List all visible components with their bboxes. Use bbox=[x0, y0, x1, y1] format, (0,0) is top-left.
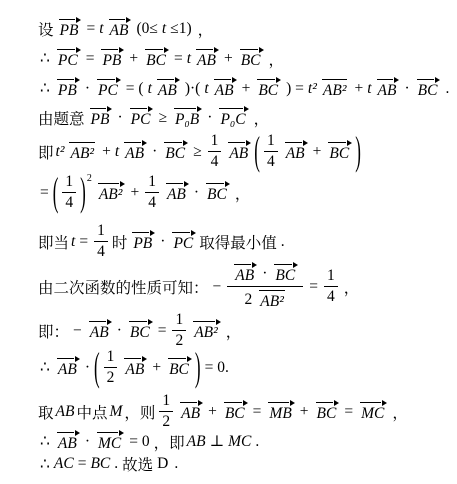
math-italic: BC bbox=[90, 455, 110, 473]
roman-text: = bbox=[174, 50, 183, 68]
vector-term: BC bbox=[238, 47, 264, 70]
fraction-numerator: 1 bbox=[159, 392, 173, 412]
roman-text: + bbox=[152, 359, 161, 377]
overline-term: AB² bbox=[257, 288, 287, 311]
right-paren: ) bbox=[355, 128, 361, 175]
roman-text: ⊥ bbox=[210, 432, 225, 451]
roman-text: (0≤ bbox=[136, 20, 157, 38]
vector-term: AB bbox=[194, 47, 219, 70]
roman-text: . bbox=[255, 433, 259, 451]
vector-term: BC bbox=[204, 181, 230, 204]
roman-text: = bbox=[86, 20, 95, 38]
roman-text: . bbox=[445, 80, 449, 98]
math-italic: M bbox=[109, 403, 122, 421]
fraction-denominator: 4 bbox=[208, 152, 222, 171]
roman-text: ， bbox=[235, 182, 251, 204]
math-italic: AB bbox=[56, 403, 75, 421]
vector-term: AB² bbox=[191, 319, 221, 342]
fraction-denominator: 2 bbox=[159, 412, 173, 431]
vector-term: PB bbox=[55, 77, 80, 100]
chinese-text: 设 bbox=[38, 18, 54, 40]
vector-term: AB bbox=[226, 140, 251, 163]
math-italic: t bbox=[99, 20, 103, 38]
vector-term: AB bbox=[283, 140, 308, 163]
formula-line-10: ∴AB·(12AB+BC)= 0. bbox=[37, 348, 232, 387]
chinese-text: 取得最小值 bbox=[199, 231, 277, 253]
roman-text: ∴ bbox=[40, 432, 50, 451]
vector-term: BC bbox=[143, 47, 169, 70]
fraction: 14 bbox=[94, 222, 108, 261]
roman-text: + bbox=[354, 80, 363, 98]
fraction-denominator: 2 bbox=[104, 368, 118, 387]
roman-text: · bbox=[152, 143, 157, 161]
fraction-denominator: 4 bbox=[324, 287, 338, 306]
roman-text: ≤1) bbox=[170, 20, 191, 38]
vector-term: BC bbox=[415, 77, 441, 100]
vector-term: AB bbox=[375, 77, 400, 100]
roman-text: ， bbox=[198, 18, 214, 40]
vector-term: P₀B bbox=[172, 106, 202, 129]
fraction: 14 bbox=[324, 267, 338, 306]
vector-term: AB bbox=[122, 140, 147, 163]
chinese-text: 即 bbox=[38, 141, 54, 163]
roman-text: + bbox=[102, 143, 111, 161]
formula-line-2: ∴PC=PB+BC=tAB+BC， bbox=[37, 47, 287, 70]
vector-term: PB bbox=[88, 106, 113, 129]
fraction-numerator: 1 bbox=[104, 348, 118, 368]
vector-term: BC bbox=[127, 319, 153, 342]
fraction-numerator: 1 bbox=[208, 132, 222, 152]
math-italic: t bbox=[115, 143, 119, 161]
vector-term: BC bbox=[326, 140, 352, 163]
roman-text: ∴ bbox=[40, 455, 50, 474]
vector-term: PB bbox=[99, 47, 124, 70]
fraction-numerator: 1 bbox=[62, 173, 76, 193]
vector-term: BC bbox=[255, 77, 281, 100]
left-paren: ( bbox=[254, 128, 260, 175]
vector-term: AB bbox=[232, 262, 257, 285]
roman-text: ∴ bbox=[40, 358, 50, 377]
vector-term: MB bbox=[266, 400, 294, 423]
roman-text: ， bbox=[392, 401, 408, 423]
math-italic: t bbox=[187, 50, 191, 68]
math-italic: t² bbox=[308, 80, 317, 98]
fraction-denominator: 4 bbox=[264, 152, 278, 171]
fraction-numerator: 1 bbox=[145, 173, 159, 193]
roman-text: · bbox=[85, 80, 90, 98]
roman-text: ∴ bbox=[40, 49, 50, 68]
roman-text: = ( bbox=[126, 80, 144, 98]
roman-text: ， bbox=[269, 48, 285, 70]
roman-text: ， bbox=[344, 276, 360, 298]
formula-line-11: 取AB中点M，则12AB+BC=MB+BC=MC， bbox=[37, 392, 411, 431]
chinese-text: 取 bbox=[38, 401, 54, 423]
roman-text: + bbox=[129, 50, 138, 68]
vector-term: BC bbox=[272, 262, 298, 285]
math-italic: t bbox=[71, 233, 75, 251]
roman-text: · bbox=[85, 433, 90, 451]
fraction: 12 bbox=[159, 392, 173, 431]
fraction-numerator: 1 bbox=[264, 132, 278, 152]
formula-line-12: ∴AB·MC= 0，即AB⊥MC. bbox=[37, 430, 262, 453]
roman-text: + bbox=[224, 50, 233, 68]
roman-text: · bbox=[160, 233, 165, 251]
vector-term: BC bbox=[166, 356, 192, 379]
roman-text: . bbox=[114, 455, 118, 473]
left-paren: ( bbox=[94, 344, 100, 391]
formula-line-13: ∴AC=BC.故选D. bbox=[37, 453, 181, 475]
roman-text: = bbox=[86, 50, 95, 68]
fraction: 12 bbox=[104, 348, 118, 387]
vector-term: PC bbox=[128, 106, 154, 129]
roman-text: + bbox=[130, 184, 139, 202]
vector-term: AB bbox=[212, 77, 237, 100]
roman-text: . bbox=[174, 455, 178, 473]
formula-line-8: 由二次函数的性质可知：−AB·BC2AB²=14， bbox=[37, 262, 362, 311]
fraction-denominator: 4 bbox=[145, 193, 159, 212]
vector-term: PC bbox=[95, 77, 121, 100]
roman-text: = 0. bbox=[205, 359, 229, 377]
chinese-text: 中点 bbox=[76, 401, 107, 423]
fraction: 14 bbox=[264, 132, 278, 171]
vector-term: PC bbox=[55, 47, 81, 70]
roman-text: ≥ bbox=[158, 109, 167, 127]
fraction-denominator: 4 bbox=[62, 193, 76, 212]
vector-term: AB bbox=[107, 17, 132, 40]
roman-text: ) = bbox=[286, 80, 304, 98]
roman-text: = bbox=[309, 278, 318, 296]
fraction-numerator: 1 bbox=[172, 311, 186, 331]
roman-text: · bbox=[117, 109, 122, 127]
roman-text: )·( bbox=[185, 80, 201, 98]
roman-text: ， bbox=[226, 320, 242, 342]
roman-text: ∴ bbox=[40, 79, 50, 98]
overline-term: AB² bbox=[67, 140, 97, 163]
vector-term: AB bbox=[122, 356, 147, 379]
roman-text: + bbox=[300, 403, 309, 421]
vector-term: AB² bbox=[96, 181, 126, 204]
roman-text: = bbox=[253, 403, 262, 421]
vector-term: AB bbox=[178, 400, 203, 423]
math-italic: AC bbox=[54, 455, 74, 473]
vector-term: PC bbox=[170, 230, 196, 253]
roman-text: · bbox=[194, 184, 199, 202]
chinese-text: 由二次函数的性质可知： bbox=[38, 276, 209, 298]
vector-term: AB bbox=[164, 181, 189, 204]
math-solution-document: 设PB=tAB(0≤t≤1)， ∴PC=PB+BC=tAB+BC， ∴PB·PC… bbox=[0, 0, 457, 484]
vector-term: MC bbox=[358, 400, 387, 423]
fraction: AB·BC2AB² bbox=[227, 262, 303, 311]
chinese-text: ，则 bbox=[124, 401, 155, 423]
roman-text: · bbox=[117, 322, 122, 340]
roman-text: + bbox=[208, 403, 217, 421]
roman-text: . bbox=[281, 233, 285, 251]
roman-text: ， bbox=[254, 107, 270, 129]
roman-text: ≥ bbox=[193, 143, 202, 161]
formula-line-9: 即：−AB·BC=12AB²， bbox=[37, 311, 244, 350]
superscript: 2 bbox=[87, 173, 92, 184]
chinese-text: 故选 bbox=[122, 453, 153, 475]
formula-line-3: ∴PB·PC= (tAB)·(tAB+BC) =t²AB²+tAB·BC. bbox=[37, 77, 452, 100]
roman-text: = bbox=[344, 403, 353, 421]
fraction: 14 bbox=[208, 132, 222, 171]
fraction: 12 bbox=[172, 311, 186, 350]
roman-text: · bbox=[404, 80, 409, 98]
formula-line-6: =(14)2AB²+14AB·BC， bbox=[37, 173, 253, 212]
fraction: 14 bbox=[62, 173, 76, 212]
roman-text: D bbox=[157, 455, 168, 473]
fraction: 14 bbox=[145, 173, 159, 212]
roman-text: = bbox=[78, 455, 87, 473]
roman-text: = bbox=[158, 322, 167, 340]
overline-term: AB² bbox=[320, 77, 350, 100]
math-italic: t bbox=[162, 20, 166, 38]
roman-text: · bbox=[207, 109, 212, 127]
roman-text: − bbox=[213, 278, 222, 296]
roman-text: + bbox=[242, 80, 251, 98]
chinese-text: 即当 bbox=[38, 231, 69, 253]
formula-line-5: 即t²AB²+tAB·BC≥14AB(14AB+BC) bbox=[37, 132, 362, 171]
vector-term: PB bbox=[130, 230, 155, 253]
vector-term: P₀C bbox=[217, 106, 248, 129]
roman-text: + bbox=[313, 143, 322, 161]
vector-term: AB bbox=[55, 430, 80, 453]
math-italic: t bbox=[204, 80, 208, 98]
fraction-numerator: 1 bbox=[324, 267, 338, 287]
right-paren: ) bbox=[80, 169, 86, 216]
vector-term: BC bbox=[162, 140, 188, 163]
vector-term: BC bbox=[314, 400, 340, 423]
formula-line-4: 由题意PB·PC≥P₀B·P₀C， bbox=[37, 106, 272, 129]
fraction-numerator: 1 bbox=[94, 222, 108, 242]
vector-term: BC bbox=[222, 400, 248, 423]
roman-text: 2 bbox=[245, 291, 253, 309]
roman-text: · bbox=[262, 265, 267, 283]
left-paren: ( bbox=[53, 169, 59, 216]
vector-term: AB bbox=[55, 356, 80, 379]
roman-text: = 0 bbox=[129, 433, 149, 451]
chinese-text: ，即 bbox=[154, 431, 185, 453]
vector-term: MC bbox=[95, 430, 124, 453]
vector-term: AB bbox=[87, 319, 112, 342]
fraction-denominator: 4 bbox=[94, 242, 108, 261]
roman-text: = bbox=[79, 233, 88, 251]
roman-text: − bbox=[73, 322, 82, 340]
roman-text: = bbox=[40, 184, 49, 202]
formula-line-7: 即当t=14时PB·PC取得最小值. bbox=[37, 222, 288, 261]
fraction-numerator: AB·BC bbox=[227, 262, 303, 287]
math-italic: MC bbox=[228, 433, 251, 451]
chinese-text: 即： bbox=[38, 320, 69, 342]
formula-line-1: 设PB=tAB(0≤t≤1)， bbox=[37, 17, 216, 40]
chinese-text: 由题意 bbox=[38, 107, 85, 129]
chinese-text: 时 bbox=[112, 231, 128, 253]
vector-term: PB bbox=[57, 17, 82, 40]
vector-term: AB bbox=[155, 77, 180, 100]
fraction-denominator: 2AB² bbox=[239, 287, 292, 311]
math-italic: t bbox=[148, 80, 152, 98]
math-italic: t² bbox=[56, 143, 65, 161]
roman-text: · bbox=[85, 359, 90, 377]
math-italic: AB bbox=[187, 433, 206, 451]
math-italic: t bbox=[367, 80, 371, 98]
right-paren: ) bbox=[195, 344, 201, 391]
